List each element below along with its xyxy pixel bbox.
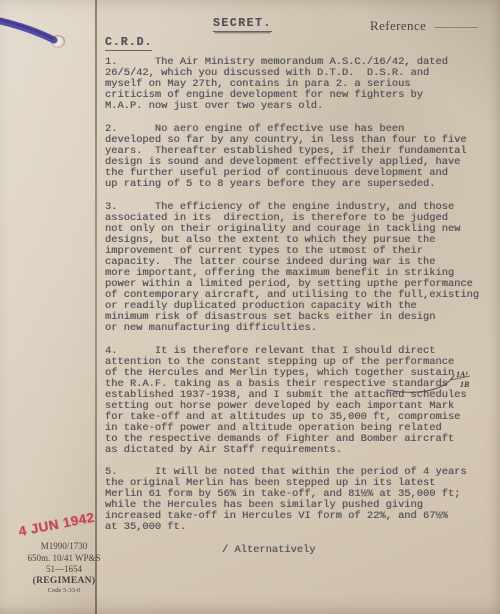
reference-blank-line xyxy=(434,26,478,28)
annotation-flag-bottom: 1B xyxy=(460,381,469,389)
printer-imprint: M1990/1730 650m. 10/41 WP&S 51—1654 (REG… xyxy=(8,541,120,595)
imprint-line: (REGIMEAN) xyxy=(8,576,120,588)
handwritten-annotation: 1A¹ 1B xyxy=(386,368,498,406)
imprint-line: M1990/1730 xyxy=(8,541,120,553)
imprint-line: 650m. 10/41 WP&S xyxy=(8,553,120,565)
secret-classification: SECRET. xyxy=(213,17,272,32)
crd-heading: C.R.D. xyxy=(105,36,152,51)
punch-hole xyxy=(51,35,65,48)
paragraph-3: 3. The efficiency of the engine industry… xyxy=(105,202,491,334)
imprint-line: Code 5-33-0 xyxy=(8,587,120,595)
reference-label-row: Reference xyxy=(370,18,478,34)
scanned-memo-page: SECRET. Reference C.R.D. 1. The Air Mini… xyxy=(0,0,500,614)
paragraph-1: 1. The Air Ministry memorandum A.S.C./16… xyxy=(105,57,491,112)
annotation-flag-top: 1A¹ xyxy=(456,371,468,379)
paragraph-2: 2. No aero engine of effective use has b… xyxy=(105,124,491,190)
catchword-alternatively: / Alternatively xyxy=(222,544,316,556)
paragraph-5: 5. It will be noted that within the peri… xyxy=(105,467,491,533)
annotation-curve-icon xyxy=(386,368,498,406)
imprint-line: 51—1654 xyxy=(8,564,120,576)
memo-body: 1. The Air Ministry memorandum A.S.C./16… xyxy=(105,57,491,533)
reference-label: Reference xyxy=(370,18,426,33)
